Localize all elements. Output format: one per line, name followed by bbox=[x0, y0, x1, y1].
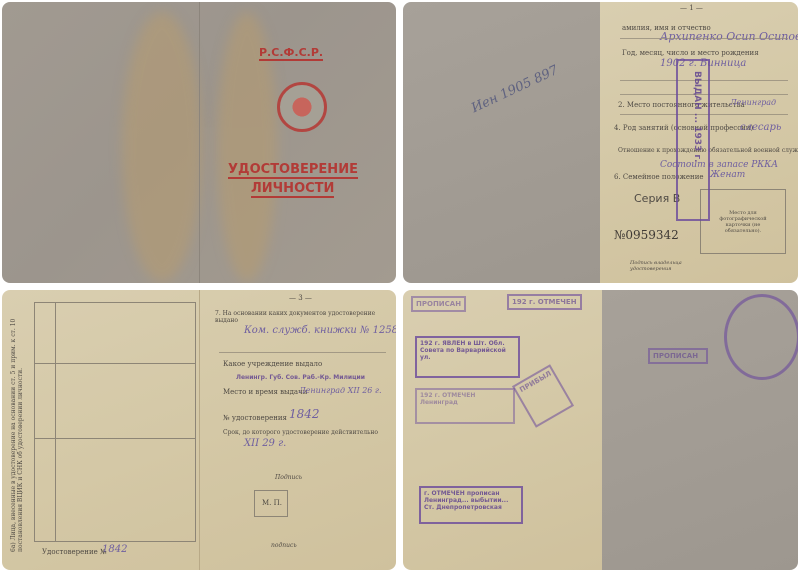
seal-box: М. П. bbox=[254, 490, 288, 517]
p3-label-docs: 7. На основании каких документов удостов… bbox=[215, 310, 385, 324]
seal-label: М. П. bbox=[262, 499, 294, 507]
p3-value-place: Ленинград XII 26 г. bbox=[299, 386, 382, 395]
field-label-birth: Год, месяц, число и место рождения bbox=[622, 49, 759, 57]
page1: — 1 — амилия, имя и отчество Архипенко О… bbox=[600, 2, 798, 283]
stamp-propisan-2: ПРОПИСАН bbox=[648, 348, 708, 364]
series-label: Серия В bbox=[634, 192, 680, 205]
p3-label-issuer: Какое учреждение выдало bbox=[223, 360, 322, 368]
field-value-residence: Ленинград bbox=[730, 98, 776, 107]
page2-footer-label: Удостоверение № bbox=[42, 548, 107, 556]
photo-box: Место для фотографической карточки (не о… bbox=[700, 189, 786, 254]
round-seal-icon bbox=[724, 294, 798, 380]
page2-heading: 6а) Лица, внесенные в удостоверение на о… bbox=[10, 302, 24, 552]
cover-title-line1: УДОСТОВЕРЕНИЕ bbox=[228, 162, 358, 179]
page2: 6а) Лица, внесенные в удостоверение на о… bbox=[2, 290, 200, 570]
page1-number: — 1 — bbox=[680, 4, 703, 12]
field-value-family: Женат bbox=[710, 170, 745, 180]
p3-label-validity: Срок, до которого удостоверение действит… bbox=[223, 429, 378, 436]
issued-stamp: ВЫДАН ... 1933 г. bbox=[676, 59, 710, 221]
field-value-name: Архипенко Осип Осипович bbox=[660, 30, 798, 43]
inside-cover-handwriting: Иен 1905 897 bbox=[469, 63, 560, 116]
inside-cover: Иен 1905 897 bbox=[403, 2, 600, 283]
stamp-yavlen: 192 г. ЯВЛЕН в Шт. Обл. Совета по Варвар… bbox=[415, 336, 520, 378]
page3-number: — 3 — bbox=[289, 294, 312, 302]
cover-title-line2: ЛИЧНОСТИ bbox=[251, 181, 334, 198]
p3-value-number: 1842 bbox=[289, 407, 320, 421]
stamps-spread: ПРОПИСАН 192 г. ОТМЕЧЕН 192 г. ЯВЛЕН в Ш… bbox=[403, 290, 798, 570]
stamp-pribyl: ПРИБЫЛ bbox=[512, 364, 574, 428]
page2-table bbox=[34, 302, 196, 542]
page3-spread: 6а) Лица, внесенные в удостоверение на о… bbox=[2, 290, 396, 570]
stamp-otmechen-1: 192 г. ОТМЕЧЕН bbox=[507, 294, 582, 310]
stamp-otmechen-2: 192 г. ОТМЕЧЕН Ленинград bbox=[415, 388, 515, 424]
p3-signature-label: Подпись bbox=[275, 474, 302, 481]
p3-label-place: Место и время выдачи bbox=[223, 388, 307, 396]
stamp-otmechen-3: г. ОТМЕЧЕН прописан Ленинград... выбытии… bbox=[419, 486, 523, 524]
cover-spread: Р.С.Ф.С.Р. УДОСТОВЕРЕНИЕ ЛИЧНОСТИ bbox=[2, 2, 396, 283]
p3-signature-label2: подпись bbox=[271, 542, 297, 549]
stamp-propisan: ПРОПИСАН bbox=[411, 296, 466, 312]
document-number: №0959342 bbox=[614, 228, 679, 242]
p3-value-validity: XII 29 г. bbox=[244, 438, 286, 449]
page1-spread: Иен 1905 897 — 1 — амилия, имя и отчеств… bbox=[403, 2, 798, 283]
field-value-occupation: слесарь bbox=[740, 122, 781, 133]
front-cover: Р.С.Ф.С.Р. УДОСТОВЕРЕНИЕ ЛИЧНОСТИ bbox=[199, 2, 396, 283]
p3-label-number: № удостоверения bbox=[223, 414, 287, 422]
back-cover bbox=[2, 2, 200, 283]
p3-value-docs: Ком. служб. книжки № 1258 bbox=[244, 325, 396, 336]
photo-box-label: Место для фотографической карточки (не о… bbox=[701, 190, 785, 234]
page5: ПРОПИСАН bbox=[602, 290, 798, 570]
p3-value-issuer: Ленингр. Губ. Сов. Раб.-Кр. Милиции bbox=[233, 372, 368, 383]
owner-signature-label: Подпись владельца удостоверения bbox=[630, 260, 690, 272]
page3: — 3 — 7. На основании каких документов у… bbox=[199, 290, 396, 570]
cover-header: Р.С.Ф.С.Р. bbox=[259, 46, 323, 61]
coat-of-arms-icon bbox=[277, 82, 327, 132]
page4: ПРОПИСАН 192 г. ОТМЕЧЕН 192 г. ЯВЛЕН в Ш… bbox=[403, 290, 602, 570]
